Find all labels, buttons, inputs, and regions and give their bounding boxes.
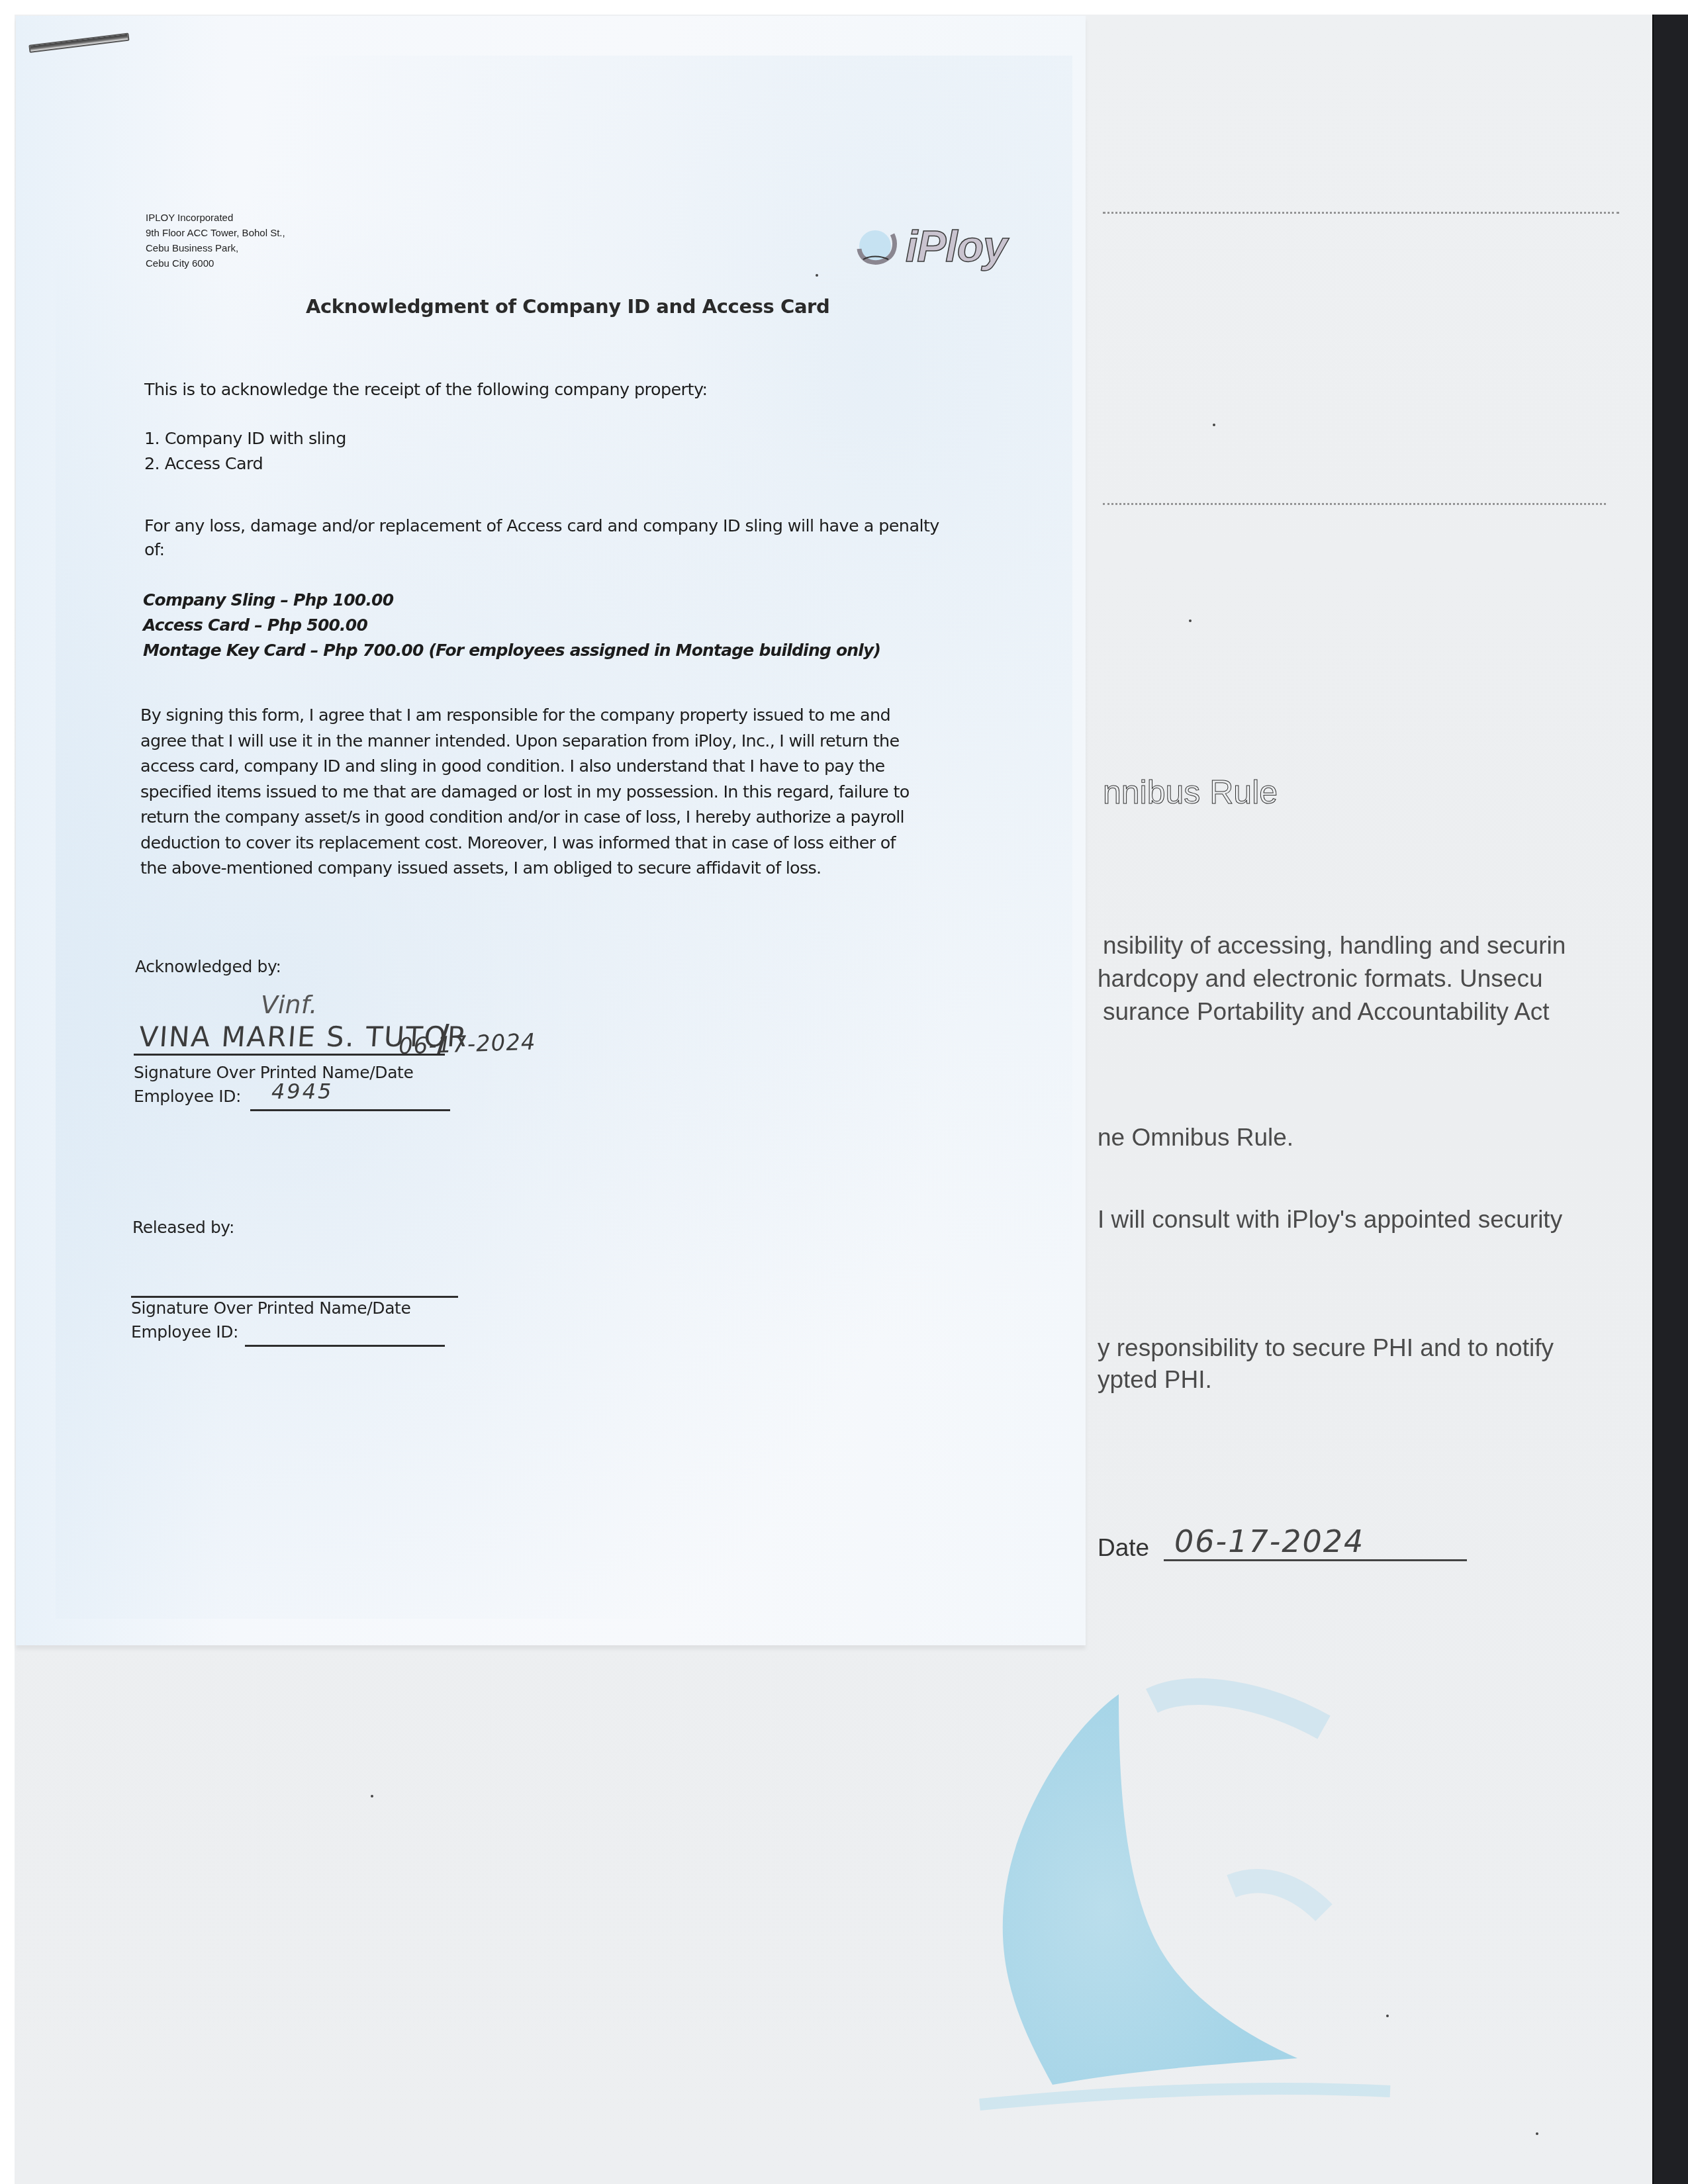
address-line: 9th Floor ACC Tower, Bohol St., xyxy=(146,226,285,241)
acknowledged-by-label: Acknowledged by: xyxy=(135,957,281,976)
logo-wordmark: iPloy xyxy=(906,221,1007,271)
scan-speck xyxy=(1386,2015,1389,2017)
property-item: 1. Company ID with sling xyxy=(144,429,346,449)
back-text-line: I will consult with iPloy's appointed se… xyxy=(1098,1206,1562,1234)
page-title: Acknowledgment of Company ID and Access … xyxy=(306,295,829,318)
scan-speck xyxy=(816,274,818,277)
back-text-line: ypted PHI. xyxy=(1098,1366,1212,1394)
penalty-intro: of: xyxy=(144,540,164,560)
agreement-line: deduction to cover its replacement cost.… xyxy=(140,831,910,856)
back-date-label: Date xyxy=(1098,1534,1149,1562)
scan-speck xyxy=(1213,424,1215,426)
scan-speck xyxy=(371,1795,373,1797)
penalty-list: Company Sling – Php 100.00 Access Card –… xyxy=(143,588,880,663)
agreement-paragraph: By signing this form, I agree that I am … xyxy=(140,703,910,882)
employee-id-label: Employee ID: xyxy=(131,1322,238,1342)
address-line: IPLOY Incorporated xyxy=(146,210,285,226)
employee-id-line xyxy=(250,1109,450,1111)
acknowledged-signature-line xyxy=(134,1054,445,1056)
property-item: 2. Access Card xyxy=(144,454,263,474)
signature-caption: Signature Over Printed Name/Date xyxy=(131,1298,410,1318)
agreement-line: the above-mentioned company issued asset… xyxy=(140,856,910,882)
back-text-line: ne Omnibus Rule. xyxy=(1098,1124,1293,1152)
agreement-line: By signing this form, I agree that I am … xyxy=(140,703,910,729)
agreement-line: agree that I will use it in the manner i… xyxy=(140,729,910,754)
intro-text: This is to acknowledge the receipt of th… xyxy=(144,380,708,400)
scanner-edge-strip xyxy=(1652,15,1688,2184)
back-text-line: y responsibility to secure PHI and to no… xyxy=(1098,1334,1554,1362)
agreement-line: return the company asset/s in good condi… xyxy=(140,805,910,831)
employee-id-label: Employee ID: xyxy=(134,1087,241,1106)
penalty-intro: For any loss, damage and/or replacement … xyxy=(144,516,939,536)
employee-id-line xyxy=(245,1345,445,1347)
address-line: Cebu Business Park, xyxy=(146,241,285,256)
released-by-label: Released by: xyxy=(132,1218,234,1237)
globe-watermark-icon xyxy=(953,1635,1456,2138)
back-text-line: hardcopy and electronic formats. Unsecu xyxy=(1098,965,1543,993)
agreement-line: access card, company ID and sling in goo… xyxy=(140,754,910,780)
scan-speck xyxy=(1536,2132,1538,2135)
agreement-line: specified items issued to me that are da… xyxy=(140,780,910,805)
back-faded-line xyxy=(1103,503,1606,505)
released-signature-line xyxy=(131,1296,458,1298)
penalty-item: Montage Key Card – Php 700.00 (For emplo… xyxy=(143,638,880,663)
penalty-item: Company Sling – Php 100.00 xyxy=(143,588,880,613)
back-text-line: nsibility of accessing, handling and sec… xyxy=(1103,932,1566,960)
company-address: IPLOY Incorporated 9th Floor ACC Tower, … xyxy=(146,210,285,271)
address-line: Cebu City 6000 xyxy=(146,256,285,271)
penalty-item: Access Card – Php 500.00 xyxy=(143,613,880,638)
back-date-field: 06-17-2024 xyxy=(1164,1524,1467,1561)
scan-speck xyxy=(1189,619,1192,622)
back-document-title: nnibus Rule xyxy=(1103,773,1278,811)
back-faded-header-line xyxy=(1103,212,1619,214)
back-text-line: surance Portability and Accountability A… xyxy=(1103,998,1550,1026)
signature-initials: Vinf. xyxy=(261,990,317,1019)
iploy-logo: iPloy xyxy=(854,217,1033,283)
logo-swoosh-icon xyxy=(854,226,900,273)
employee-id-value: 4945 xyxy=(271,1079,333,1104)
